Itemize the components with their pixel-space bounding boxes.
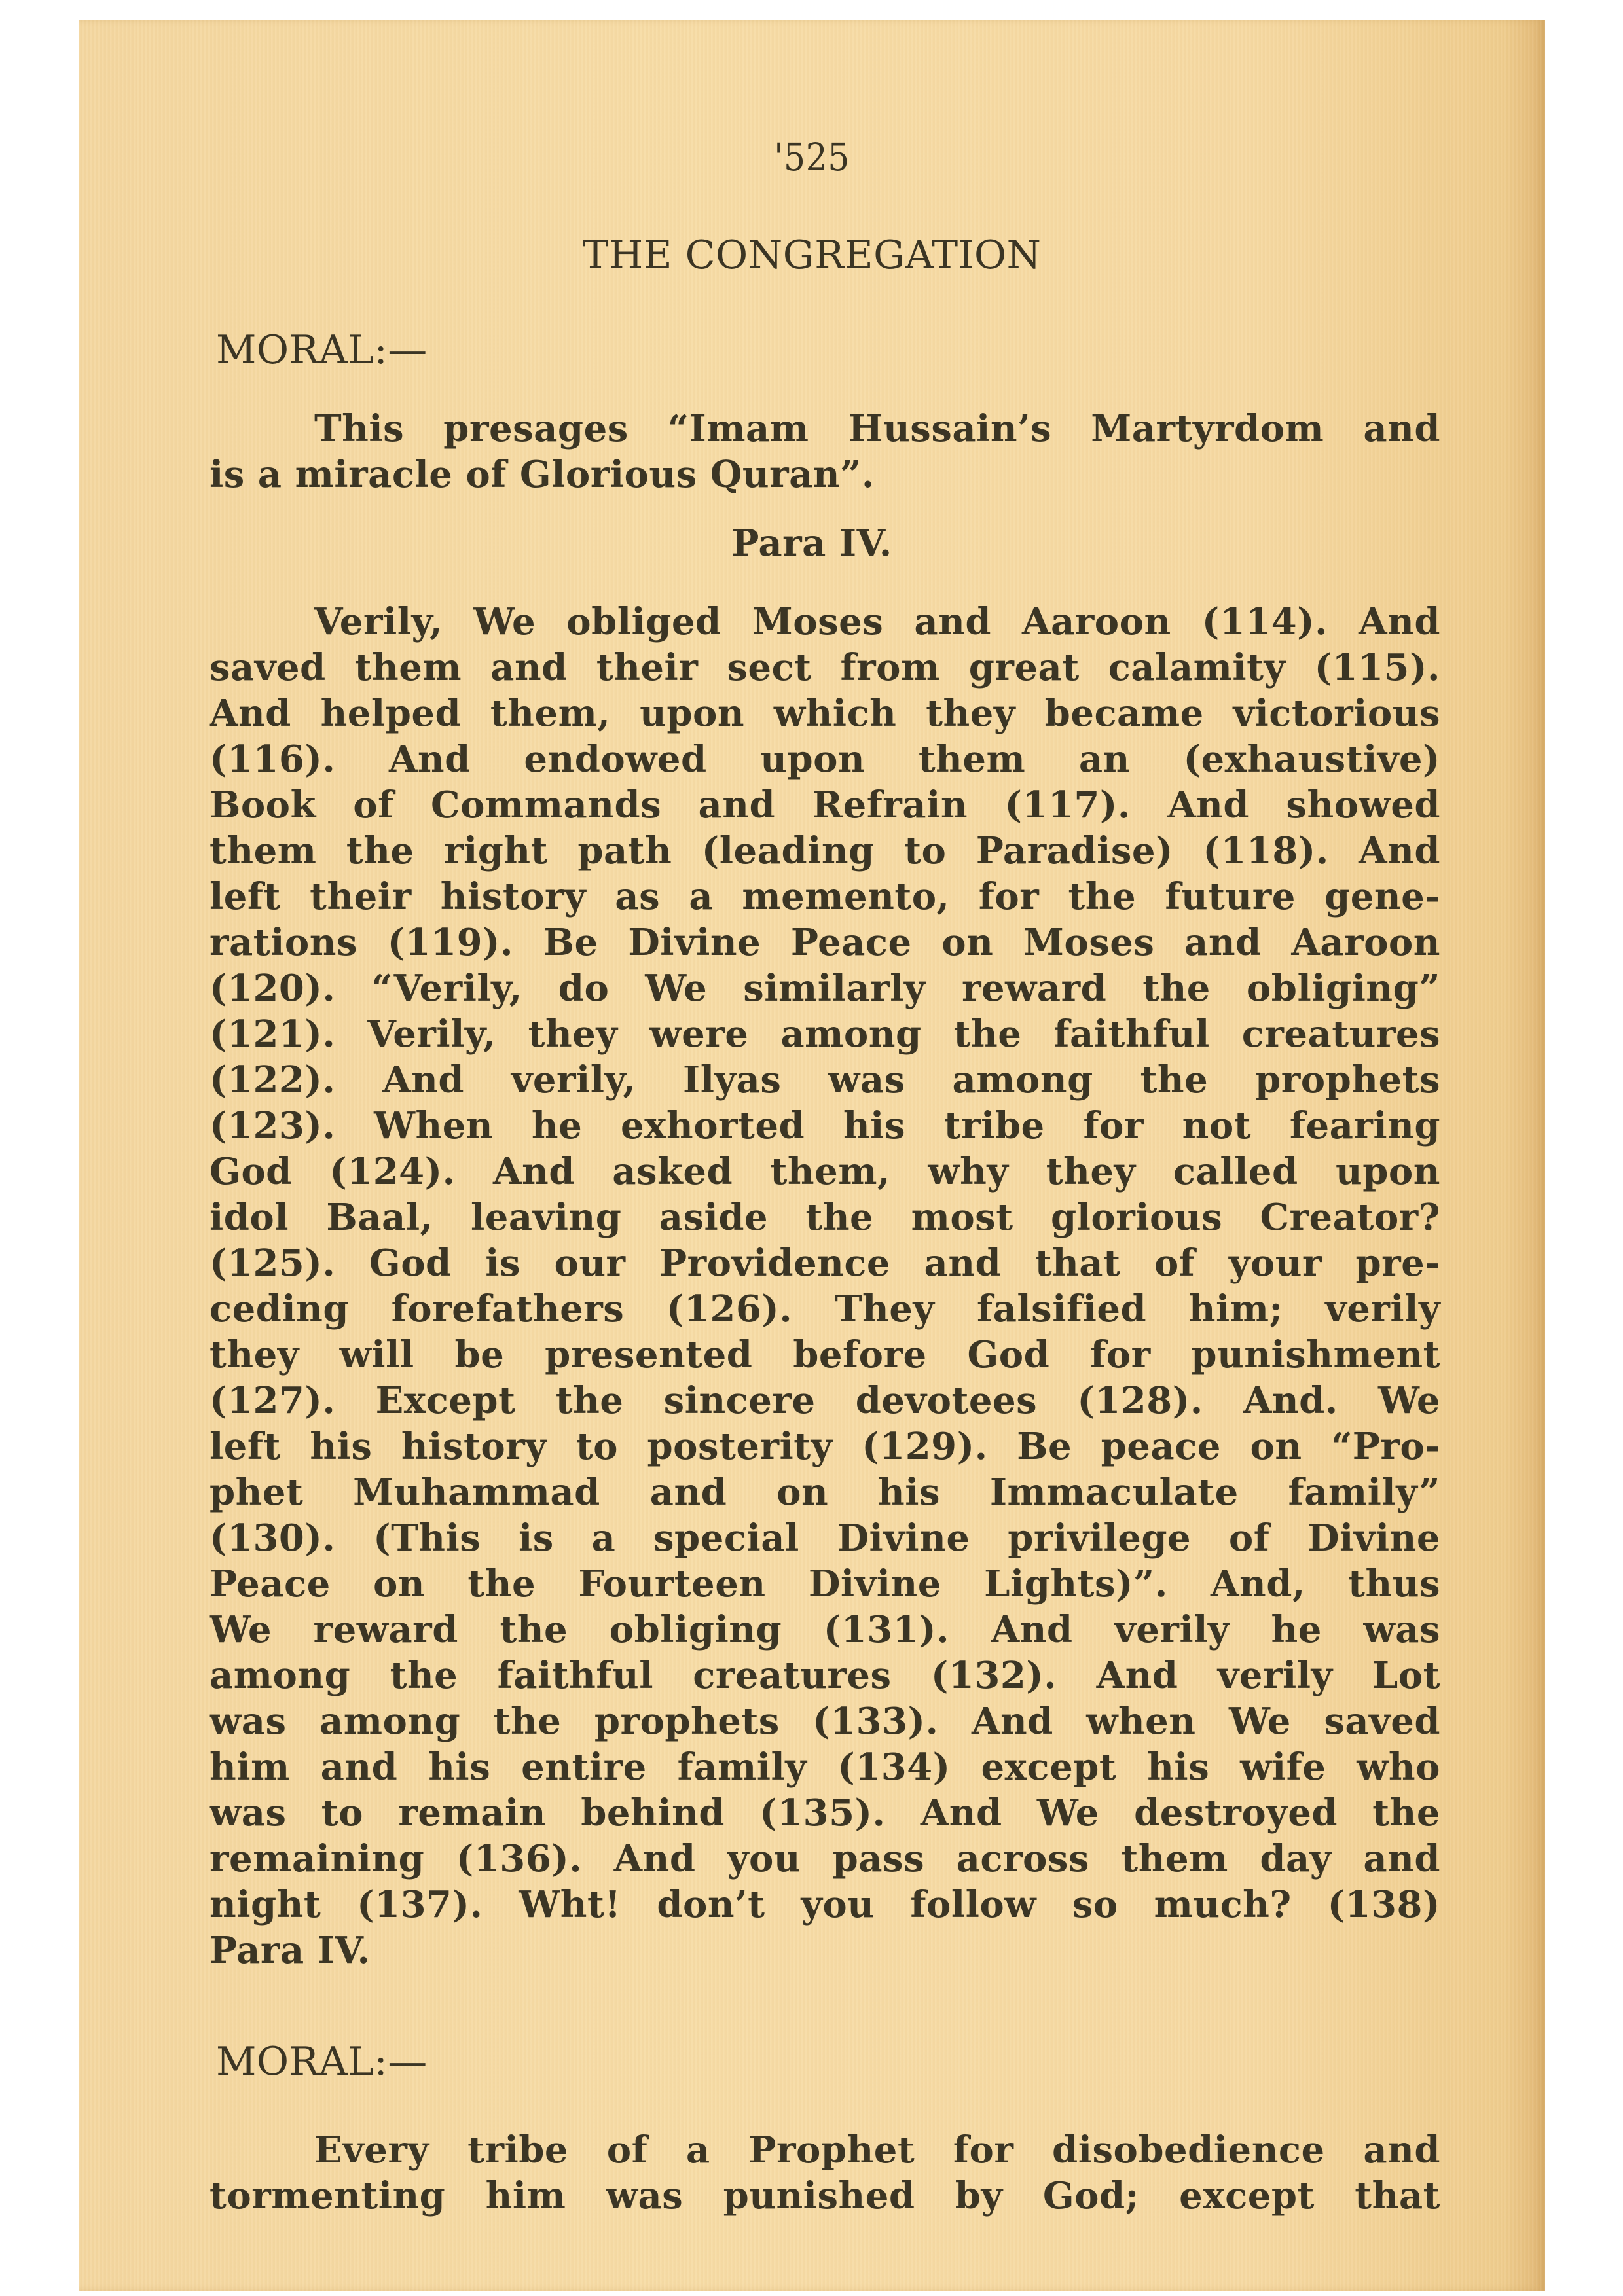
text-line: (125). God is our Providence and that of… (210, 1240, 1440, 1286)
text-line: is a miracle of Glorious Quran”. (210, 452, 1440, 497)
text-line: This presages “Imam Hussain’s Martyrdom … (210, 406, 1440, 452)
text-line: (116). And endowed upon them an (exhaust… (210, 736, 1440, 782)
text-line: (121). Verily, they were among the faith… (210, 1011, 1440, 1057)
text-line: remaining (136). And you pass across the… (210, 1836, 1440, 1882)
text-line: Peace on the Fourteen Divine Lights)”. A… (210, 1561, 1440, 1607)
text-line: Verily, We obliged Moses and Aaroon (114… (210, 599, 1440, 645)
text-line: left his history to posterity (129). Be … (210, 1424, 1440, 1469)
text-line: idol Baal, leaving aside the most glorio… (210, 1194, 1440, 1240)
text-line: ceding forefathers (126). They falsified… (210, 1286, 1440, 1332)
moral-text-1: This presages “Imam Hussain’s Martyrdom … (210, 406, 1440, 497)
text-line: rations (119). Be Divine Peace on Moses … (210, 920, 1440, 965)
text-line: was among the prophets (133). And when W… (210, 1698, 1440, 1744)
moral-text-2: Every tribe of a Prophet for disobedienc… (210, 2127, 1440, 2219)
text-line: left their history as a memento, for the… (210, 874, 1440, 920)
main-text: Verily, We obliged Moses and Aaroon (114… (210, 599, 1440, 1928)
text-line: him and his entire family (134) except h… (210, 1744, 1440, 1790)
text-line: God (124). And asked them, why they call… (210, 1149, 1440, 1194)
text-line: We reward the obliging (131). And verily… (210, 1607, 1440, 1653)
para-label: Para IV. (79, 520, 1545, 566)
chapter-title: THE CONGREGATION (79, 232, 1545, 278)
text-line: was to remain behind (135). And We destr… (210, 1790, 1440, 1836)
moral-heading-2: MORAL:— (216, 2039, 428, 2085)
text-line: Book of Commands and Refrain (117). And … (210, 782, 1440, 828)
text-line: among the faithful creatures (132). And … (210, 1653, 1440, 1698)
text-line: night (137). Wht! don’t you follow so mu… (210, 1882, 1440, 1928)
text-line: (123). When he exhorted his tribe for no… (210, 1103, 1440, 1149)
text-line: they will be presented before God for pu… (210, 1332, 1440, 1378)
text-line: (122). And verily, Ilyas was among the p… (210, 1057, 1440, 1103)
text-line: (130). (This is a special Divine privile… (210, 1515, 1440, 1561)
text-line: them the right path (leading to Paradise… (210, 828, 1440, 874)
book-page: '525 THE CONGREGATION MORAL:— This presa… (79, 20, 1545, 2291)
text-line: tormenting him was punished by God; exce… (210, 2173, 1440, 2219)
page-number: '525 (152, 134, 1472, 180)
text-line: (127). Except the sincere devotees (128)… (210, 1378, 1440, 1424)
text-line: Every tribe of a Prophet for disobedienc… (210, 2127, 1440, 2173)
moral-heading-1: MORAL:— (216, 327, 428, 373)
text-line: phet Muhammad and on his Immaculate fami… (210, 1469, 1440, 1515)
para-label-end: Para IV. (210, 1928, 371, 1973)
text-line: And helped them, upon which they became … (210, 691, 1440, 736)
text-line: saved them and their sect from great cal… (210, 645, 1440, 691)
text-line: (120). “Verily, do We similarly reward t… (210, 965, 1440, 1011)
